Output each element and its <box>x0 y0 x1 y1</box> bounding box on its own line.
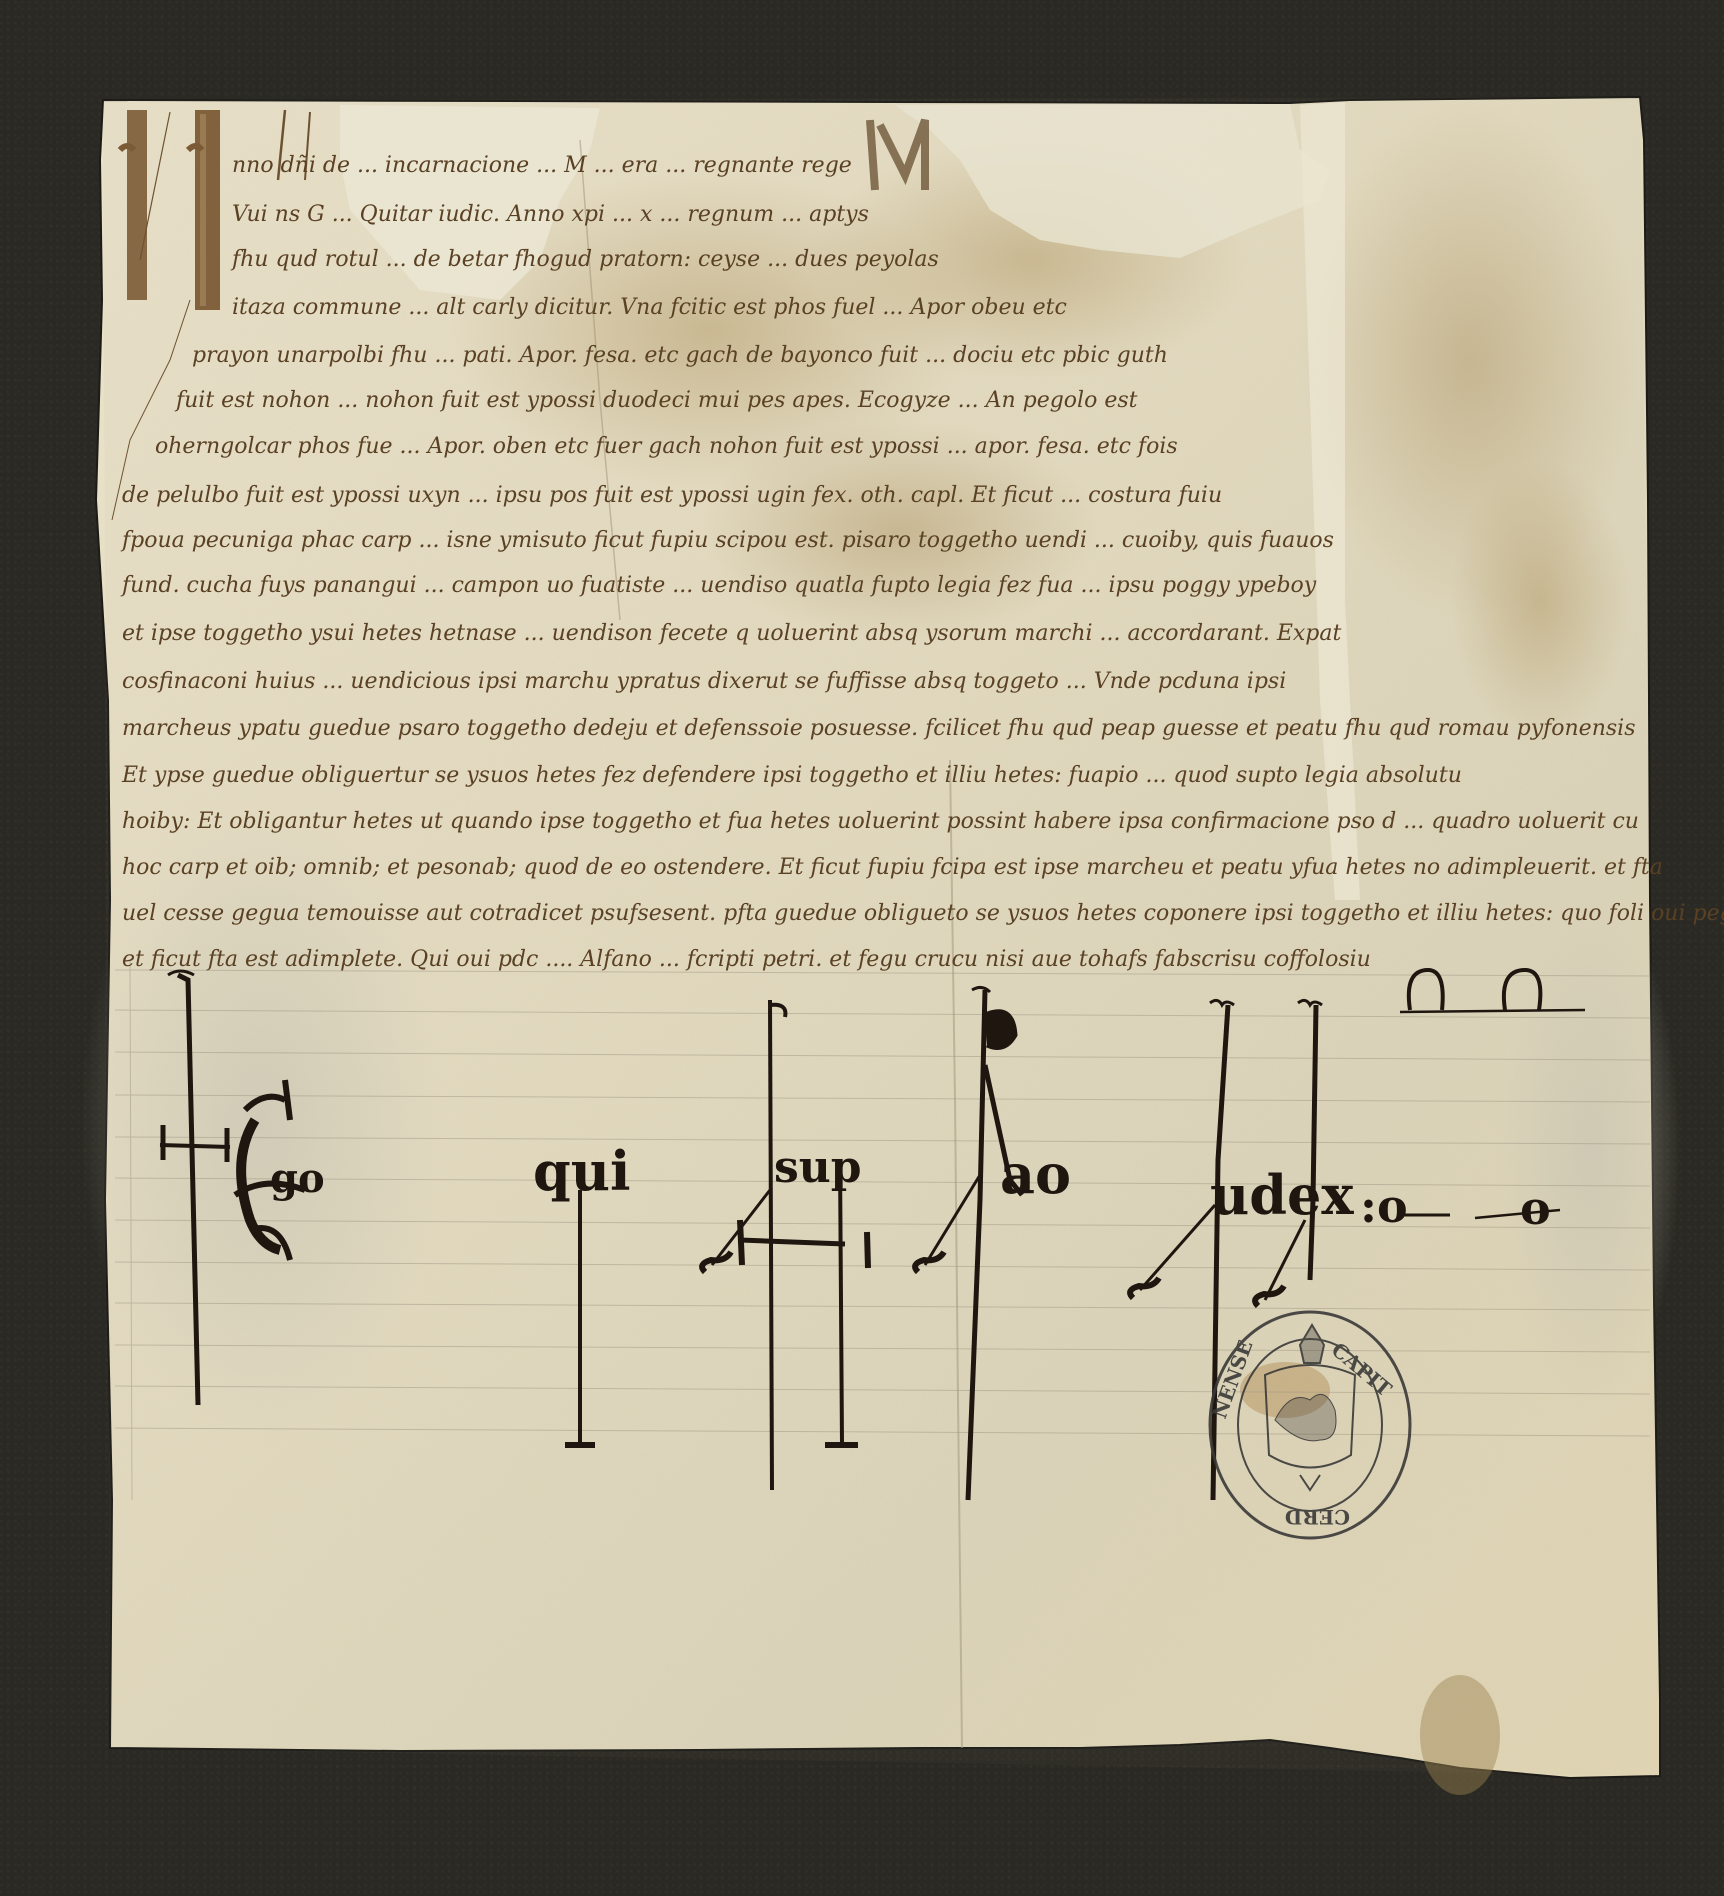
text-line-9: fpoua pecuniga phac carp ... isne ymisut… <box>120 528 1334 553</box>
text-line-5: prayon unarpolbi fhu ... pati. Apor. fes… <box>192 343 1168 368</box>
signature-word-sup: sup <box>774 1142 862 1193</box>
text-line-1: nno dñi de ... incarnacione ... M ... er… <box>232 153 852 178</box>
charter-photograph: nno dñi de ... incarnacione ... M ... er… <box>0 0 1724 1896</box>
text-line-12: cosfinaconi huius ... uendicious ipsi ma… <box>122 669 1286 694</box>
seal-legend-cerd: CERD <box>1285 1505 1350 1529</box>
signature-word-ego-tail: go <box>270 1155 325 1202</box>
text-line-16: hoc carp et oib; omnib; et pesonab; quod… <box>122 855 1663 880</box>
text-line-14: Et ypse guedue obliguertur se ysuos hete… <box>121 763 1462 788</box>
text-line-18: et ficut fta est adimplete. Qui oui pdc … <box>122 947 1371 972</box>
signature-end-o: o <box>1520 1181 1551 1235</box>
text-line-3: fhu qud rotul ... de betar fhogud prator… <box>230 247 939 272</box>
text-line-8: de pelulbo fuit est ypossi uxyn ... ipsu… <box>122 483 1222 508</box>
text-line-7: oherngolcar phos fue ... Apor. oben etc … <box>155 434 1178 459</box>
text-line-2: Vui ns G ... Quitar iudic. Anno xpi ... … <box>232 202 869 227</box>
text-line-6: fuit est nohon ... nohon fuit est ypossi… <box>174 388 1138 413</box>
text-line-15: hoiby: Et obligantur hetes ut quando ips… <box>122 809 1639 834</box>
text-line-11: et ipse toggetho ysui hetes hetnase ... … <box>122 621 1342 646</box>
signature-end-marks: :o <box>1360 1179 1408 1233</box>
signature-word-qui: qui <box>533 1139 631 1203</box>
signature-word-iudex: udex <box>1210 1163 1354 1227</box>
text-line-17: uel cesse gegua temouisse aut cotradicet… <box>122 901 1724 926</box>
text-line-13: marcheus ypatu guedue psaro toggetho ded… <box>122 716 1636 741</box>
text-line-10: fund. cucha fuys panangui ... campon uo … <box>120 573 1317 598</box>
text-line-4: itaza commune ... alt carly dicitur. Vna… <box>232 295 1067 320</box>
signature-word-rao: ao <box>1000 1142 1071 1206</box>
